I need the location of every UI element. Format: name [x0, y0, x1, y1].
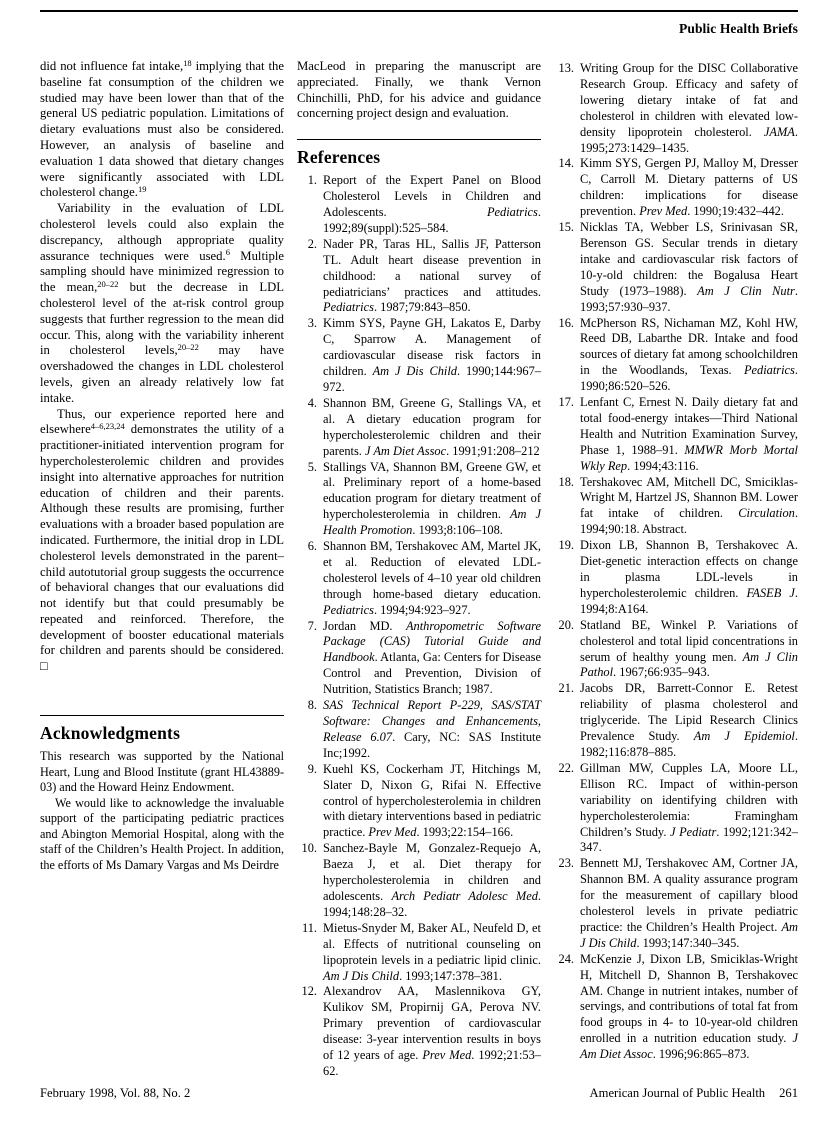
reference-text: Kimm SYS, Payne GH, Lakatos E, Darby C, …: [323, 316, 541, 394]
reference-text: SAS Technical Report P-229, SAS/STAT Sof…: [323, 698, 541, 760]
reference-text: Jordan MD. Anthropometric Software Packa…: [323, 619, 541, 697]
reference-item: 15.Nicklas TA, Webber LS, Srinivasan SR,…: [554, 220, 798, 315]
reference-number: 7.: [297, 619, 317, 635]
reference-item: 18.Tershakovec AM, Mitchell DC, Smicikla…: [554, 475, 798, 539]
reference-item: 16.McPherson RS, Nichaman MZ, Kohl HW, R…: [554, 316, 798, 396]
reference-item: 8.SAS Technical Report P-229, SAS/STAT S…: [297, 698, 541, 762]
reference-item: 19.Dixon LB, Shannon B, Tershakovec A. D…: [554, 538, 798, 618]
reference-text: Shannon BM, Greene G, Stallings VA, et a…: [323, 396, 541, 458]
reference-number: 19.: [554, 538, 574, 554]
reference-text: Nicklas TA, Webber LS, Srinivasan SR, Be…: [580, 220, 798, 314]
reference-item: 20.Statland BE, Winkel P. Variations of …: [554, 618, 798, 682]
reference-text: Bennett MJ, Tershakovec AM, Cortner JA, …: [580, 856, 798, 950]
reference-text: McPherson RS, Nichaman MZ, Kohl HW, Reed…: [580, 316, 798, 394]
reference-item: 17.Lenfant C, Ernest N. Daily dietary fa…: [554, 395, 798, 475]
reference-number: 13.: [554, 61, 574, 77]
reference-number: 22.: [554, 761, 574, 777]
reference-item: 7.Jordan MD. Anthropometric Software Pac…: [297, 619, 541, 699]
paragraph: This research was supported by the Natio…: [40, 749, 284, 796]
reference-number: 20.: [554, 618, 574, 634]
reference-number: 21.: [554, 681, 574, 697]
reference-number: 17.: [554, 395, 574, 411]
reference-item: 21.Jacobs DR, Barrett-Connor E. Retest r…: [554, 681, 798, 761]
reference-number: 23.: [554, 856, 574, 872]
reference-number: 4.: [297, 396, 317, 412]
column-2: MacLeod in preparing the manuscript are …: [297, 59, 541, 1069]
reference-number: 10.: [297, 841, 317, 857]
reference-item: 23.Bennett MJ, Tershakovec AM, Cortner J…: [554, 856, 798, 951]
header-rule: [40, 10, 798, 12]
reference-item: 12.Alexandrov AA, Maslennikova GY, Kulik…: [297, 984, 541, 1079]
paragraph: did not influence fat intake,18 implying…: [40, 59, 284, 201]
reference-text: Kimm SYS, Gergen PJ, Malloy M, Dresser C…: [580, 156, 798, 218]
reference-text: Gillman MW, Cupples LA, Moore LL, Elliso…: [580, 761, 798, 855]
reference-number: 2.: [297, 237, 317, 253]
reference-text: Stallings VA, Shannon BM, Greene GW, et …: [323, 460, 541, 538]
reference-number: 15.: [554, 220, 574, 236]
footer-journal-name: American Journal of Public Health: [590, 1086, 766, 1100]
references-rule: [297, 139, 541, 140]
running-head: Public Health Briefs: [40, 21, 798, 37]
reference-text: Jacobs DR, Barrett-Connor E. Retest reli…: [580, 681, 798, 759]
reference-text: McKenzie J, Dixon LB, Smiciklas-Wright H…: [580, 952, 798, 1061]
reference-item: 22.Gillman MW, Cupples LA, Moore LL, Ell…: [554, 761, 798, 856]
reference-item: 4.Shannon BM, Greene G, Stallings VA, et…: [297, 396, 541, 460]
reference-text: Kuehl KS, Cockerham JT, Hitchings M, Sla…: [323, 762, 541, 840]
page-footer: February 1998, Vol. 88, No. 2 American J…: [40, 1086, 798, 1101]
reference-item: 14.Kimm SYS, Gergen PJ, Malloy M, Dresse…: [554, 156, 798, 220]
reference-text: Writing Group for the DISC Collaborative…: [580, 61, 798, 155]
reference-item: 13.Writing Group for the DISC Collaborat…: [554, 61, 798, 156]
acknowledgments-paragraphs: This research was supported by the Natio…: [40, 749, 284, 873]
reference-number: 9.: [297, 762, 317, 778]
acknowledgments-section: Acknowledgments This research was suppor…: [40, 715, 284, 873]
reference-item: 1.Report of the Expert Panel on Blood Ch…: [297, 173, 541, 237]
reference-number: 14.: [554, 156, 574, 172]
footer-page-number: 261: [779, 1086, 798, 1100]
acknowledgments-rule: [40, 715, 284, 716]
reference-text: Lenfant C, Ernest N. Daily dietary fat a…: [580, 395, 798, 473]
reference-item: 10.Sanchez-Bayle M, Gonzalez-Requejo A, …: [297, 841, 541, 921]
references-list-1-12: 1.Report of the Expert Panel on Blood Ch…: [297, 173, 541, 1080]
reference-number: 12.: [297, 984, 317, 1000]
reference-number: 18.: [554, 475, 574, 491]
reference-text: Mietus-Snyder M, Baker AL, Neufeld D, et…: [323, 921, 541, 983]
discussion-paragraphs: did not influence fat intake,18 implying…: [40, 59, 284, 675]
paragraph: MacLeod in preparing the manuscript are …: [297, 59, 541, 122]
reference-text: Sanchez-Bayle M, Gonzalez-Requejo A, Bae…: [323, 841, 541, 919]
reference-text: Shannon BM, Tershakovec AM, Martel JK, e…: [323, 539, 541, 617]
reference-item: 6.Shannon BM, Tershakovec AM, Martel JK,…: [297, 539, 541, 619]
reference-text: Report of the Expert Panel on Blood Chol…: [323, 173, 541, 235]
reference-number: 3.: [297, 316, 317, 332]
reference-number: 8.: [297, 698, 317, 714]
reference-item: 24.McKenzie J, Dixon LB, Smiciklas-Wrigh…: [554, 952, 798, 1063]
reference-item: 11.Mietus-Snyder M, Baker AL, Neufeld D,…: [297, 921, 541, 985]
references-list-13-24: 13.Writing Group for the DISC Collaborat…: [554, 61, 798, 1063]
footer-journal-group: American Journal of Public Health261: [590, 1086, 798, 1101]
column-3: 13.Writing Group for the DISC Collaborat…: [554, 59, 798, 1069]
article-columns: did not influence fat intake,18 implying…: [40, 59, 798, 1069]
reference-number: 16.: [554, 316, 574, 332]
reference-text: Statland BE, Winkel P. Variations of cho…: [580, 618, 798, 680]
reference-item: 9.Kuehl KS, Cockerham JT, Hitchings M, S…: [297, 762, 541, 842]
reference-text: Alexandrov AA, Maslennikova GY, Kulikov …: [323, 984, 541, 1078]
reference-text: Nader PR, Taras HL, Sallis JF, Patterson…: [323, 237, 541, 315]
reference-number: 11.: [297, 921, 317, 937]
paragraph: Variability in the evaluation of LDL cho…: [40, 201, 284, 406]
reference-item: 3.Kimm SYS, Payne GH, Lakatos E, Darby C…: [297, 316, 541, 396]
reference-number: 1.: [297, 173, 317, 189]
journal-page: { "colors": { "background": "#ffffff", "…: [0, 0, 816, 1124]
reference-item: 2.Nader PR, Taras HL, Sallis JF, Patters…: [297, 237, 541, 317]
paragraph: Thus, our experience reported here and e…: [40, 407, 284, 676]
column-1: did not influence fat intake,18 implying…: [40, 59, 284, 1069]
references-title: References: [297, 147, 541, 168]
reference-text: Tershakovec AM, Mitchell DC, Smiciklas-W…: [580, 475, 798, 537]
footer-issue-info: February 1998, Vol. 88, No. 2: [40, 1086, 190, 1101]
acknowledgments-continuation: MacLeod in preparing the manuscript are …: [297, 59, 541, 122]
reference-number: 5.: [297, 460, 317, 476]
acknowledgments-title: Acknowledgments: [40, 723, 284, 744]
reference-number: 24.: [554, 952, 574, 968]
reference-number: 6.: [297, 539, 317, 555]
reference-item: 5.Stallings VA, Shannon BM, Greene GW, e…: [297, 460, 541, 540]
paragraph: We would like to acknowledge the invalua…: [40, 796, 284, 874]
reference-text: Dixon LB, Shannon B, Tershakovec A. Diet…: [580, 538, 798, 616]
